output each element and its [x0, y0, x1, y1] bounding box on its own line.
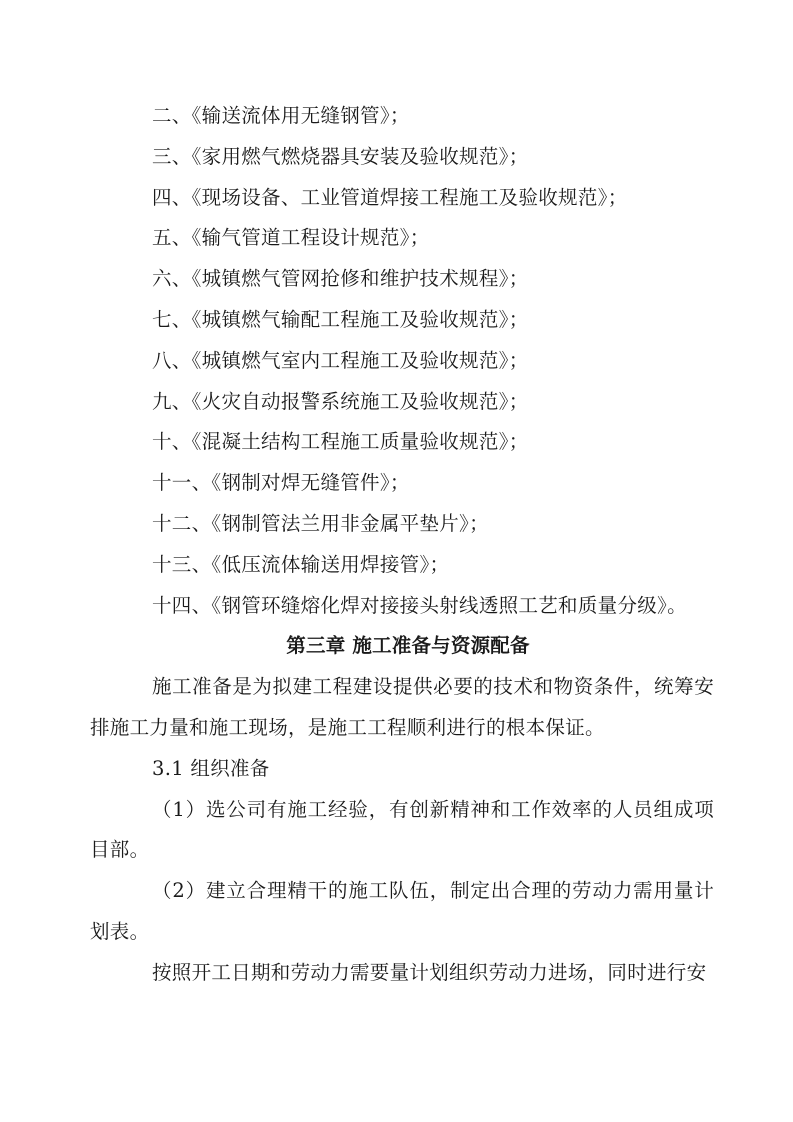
reference-item: 十四、《钢管环缝熔化焊对接接头射线透照工艺和质量分级》。: [90, 586, 714, 627]
reference-item: 二、《输送流体用无缝钢管》；: [90, 96, 714, 137]
reference-item: 十三、《低压流体输送用焊接管》；: [90, 545, 714, 586]
reference-item: 八、《城镇燃气室内工程施工及验收规范》；: [90, 341, 714, 382]
closing-paragraph: 按照开工日期和劳动力需要量计划组织劳动力进场，同时进行安: [90, 953, 714, 994]
reference-item: 十、《混凝土结构工程施工质量验收规范》；: [90, 422, 714, 463]
reference-item: 六、《城镇燃气管网抢修和维护技术规程》；: [90, 259, 714, 300]
reference-item: 十一、《钢制对焊无缝管件》；: [90, 463, 714, 504]
list-item: （1）选公司有施工经验，有创新精神和工作效率的人员组成项目部。: [90, 790, 714, 872]
chapter-title: 第三章 施工准备与资源配备: [90, 626, 714, 667]
reference-item: 七、《城镇燃气输配工程施工及验收规范》；: [90, 300, 714, 341]
list-item: （2）建立合理精干的施工队伍，制定出合理的劳动力需用量计划表。: [90, 871, 714, 953]
reference-item: 三、《家用燃气燃烧器具安装及验收规范》；: [90, 137, 714, 178]
reference-item: 十二、《钢制管法兰用非金属平垫片》；: [90, 504, 714, 545]
document-page: 二、《输送流体用无缝钢管》； 三、《家用燃气燃烧器具安装及验收规范》； 四、《现…: [90, 96, 714, 994]
reference-item: 九、《火灾自动报警系统施工及验收规范》；: [90, 382, 714, 423]
intro-paragraph: 施工准备是为拟建工程建设提供必要的技术和物资条件，统筹安排施工力量和施工现场，是…: [90, 667, 714, 749]
section-heading: 3.1 组织准备: [90, 749, 714, 790]
reference-item: 四、《现场设备、工业管道焊接工程施工及验收规范》；: [90, 178, 714, 219]
reference-item: 五、《输气管道工程设计规范》；: [90, 218, 714, 259]
